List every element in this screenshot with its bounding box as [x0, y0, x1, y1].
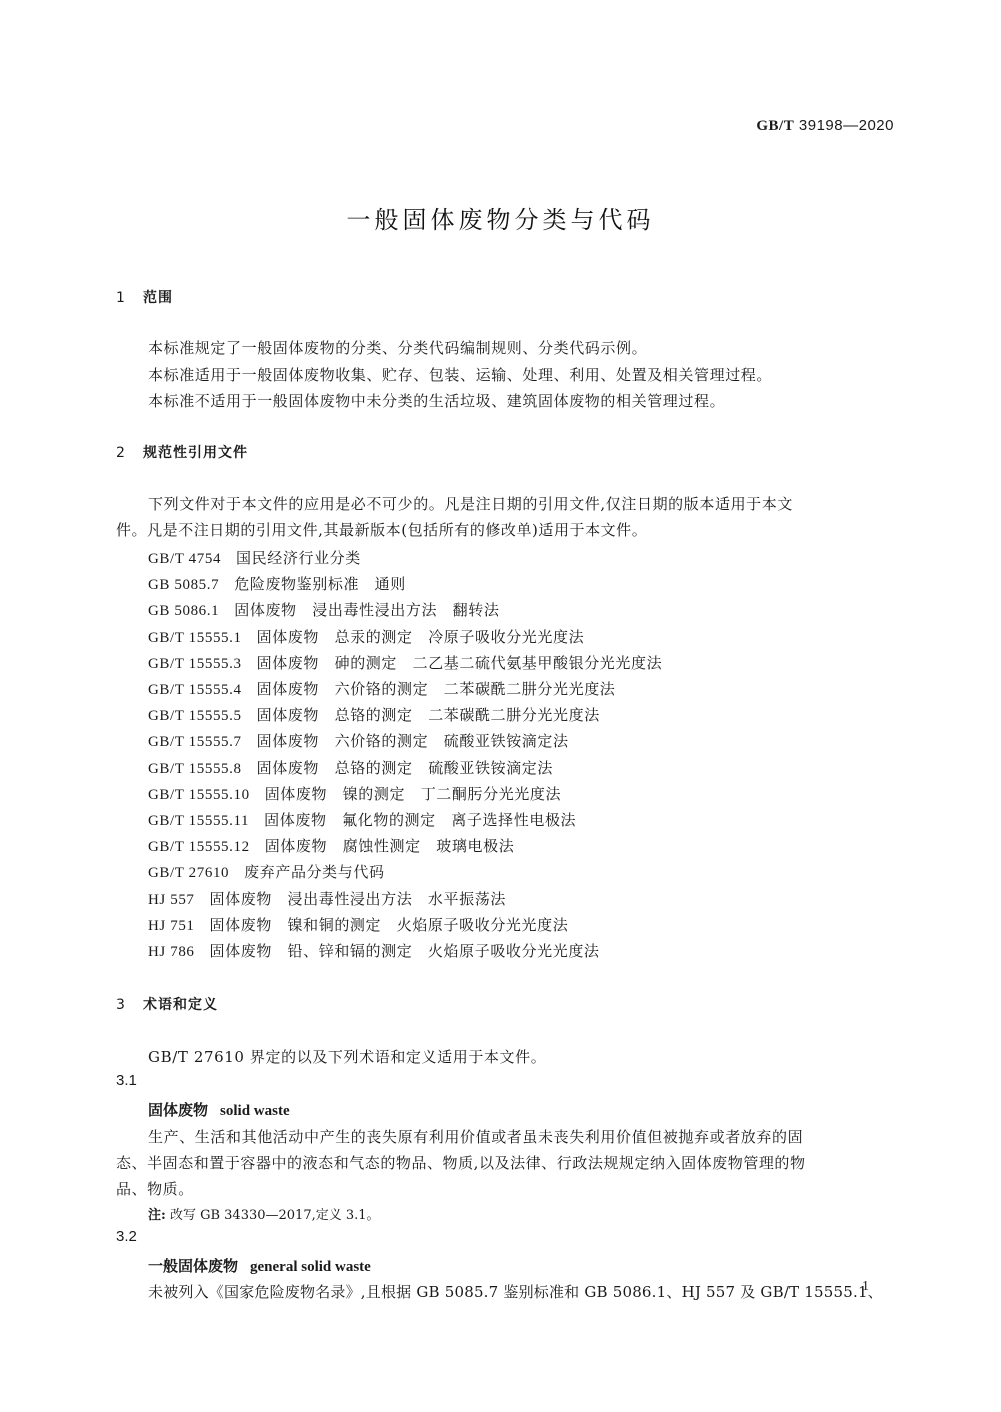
reference-item: GB/T 15555.5固体废物 总铬的测定 二苯碳酰二肼分光光度法 [148, 704, 600, 725]
term-number: 3.1 [116, 1072, 137, 1089]
reference-item: GB/T 27610废弃产品分类与代码 [148, 861, 385, 882]
term-definition-line: 态、半固态和置于容器中的液态和气态的物品、物质,以及法律、行政法规规定纳入固体废… [116, 1152, 896, 1173]
reference-title: 固体废物 总汞的测定 冷原子吸收分光光度法 [257, 628, 585, 646]
section-number: 2 [116, 445, 143, 461]
reference-title: 危险废物鉴别标准 通则 [234, 575, 406, 593]
reference-title: 固体废物 六价铬的测定 硫酸亚铁铵滴定法 [257, 732, 569, 750]
term-definition-line: 生产、生活和其他活动中产生的丧失原有利用价值或者虽未丧失利用价值但被抛弃或者放弃… [148, 1126, 803, 1147]
reference-code: GB/T 4754 [148, 551, 221, 568]
standard-prefix: GB/T [756, 118, 794, 134]
reference-code: GB/T 15555.8 [148, 761, 242, 778]
reference-code: GB 5086.1 [148, 603, 219, 620]
reference-item: GB 5086.1固体废物 浸出毒性浸出方法 翻转法 [148, 599, 499, 620]
reference-item: GB/T 15555.10固体废物 镍的测定 丁二酮肟分光光度法 [148, 783, 561, 804]
reference-code: GB/T 15555.1 [148, 630, 242, 647]
note-label: 注: [148, 1208, 166, 1223]
references-intro-line: 件。凡是不注日期的引用文件,其最新版本(包括所有的修改单)适用于本文件。 [116, 519, 896, 540]
reference-code: GB/T 15555.3 [148, 656, 242, 673]
scope-paragraph: 本标准不适用于一般固体废物中未分类的生活垃圾、建筑固体废物的相关管理过程。 [148, 390, 725, 411]
reference-code: HJ 557 [148, 892, 195, 909]
standard-code: GB/T 39198—2020 [756, 117, 894, 135]
reference-code: GB/T 15555.4 [148, 682, 242, 699]
term-title: 固体废物solid waste [148, 1099, 290, 1120]
reference-item: GB/T 15555.11固体废物 氟化物的测定 离子选择性电极法 [148, 809, 576, 830]
page-number: 1 [862, 1279, 869, 1295]
section-1-heading: 1范围 [116, 287, 173, 307]
section-title: 范围 [143, 290, 173, 306]
term-number: 3.2 [116, 1228, 137, 1245]
reference-item: GB/T 15555.7固体废物 六价铬的测定 硫酸亚铁铵滴定法 [148, 730, 569, 751]
reference-item: GB 5085.7危险废物鉴别标准 通则 [148, 573, 406, 594]
reference-title: 固体废物 浸出毒性浸出方法 翻转法 [234, 601, 499, 619]
section-title: 术语和定义 [143, 997, 218, 1013]
references-intro-line: 下列文件对于本文件的应用是必不可少的。凡是注日期的引用文件,仅注日期的版本适用于… [148, 493, 793, 514]
term-en: general solid waste [250, 1259, 371, 1275]
reference-code: GB/T 15555.7 [148, 734, 242, 751]
reference-item: HJ 751固体废物 镍和铜的测定 火焰原子吸收分光光度法 [148, 914, 568, 935]
term-definition-line: 未被列入《国家危险废物名录》,且根据 GB 5085.7 鉴别标准和 GB 50… [148, 1281, 883, 1302]
reference-code: GB/T 15555.10 [148, 787, 250, 804]
term-zh: 一般固体废物 [148, 1257, 238, 1275]
reference-title: 国民经济行业分类 [236, 549, 361, 567]
reference-title: 固体废物 总铬的测定 硫酸亚铁铵滴定法 [257, 759, 553, 777]
reference-code: GB/T 15555.11 [148, 813, 249, 830]
reference-title: 废弃产品分类与代码 [244, 863, 384, 881]
section-number: 3 [116, 997, 143, 1013]
term-zh: 固体废物 [148, 1101, 208, 1119]
reference-title: 固体废物 镍的测定 丁二酮肟分光光度法 [265, 785, 561, 803]
reference-code: GB/T 15555.5 [148, 708, 242, 725]
reference-code: GB 5085.7 [148, 577, 219, 594]
term-definition-line: 品、物质。 [116, 1178, 896, 1199]
reference-item: HJ 786固体废物 铅、锌和镉的测定 火焰原子吸收分光光度法 [148, 940, 600, 961]
standard-number: 39198—2020 [799, 117, 894, 134]
terms-intro: GB/T 27610 界定的以及下列术语和定义适用于本文件。 [148, 1046, 546, 1067]
reference-code: HJ 786 [148, 944, 195, 961]
reference-title: 固体废物 浸出毒性浸出方法 水平振荡法 [210, 890, 506, 908]
note-text: 改写 GB 34330—2017,定义 3.1。 [170, 1208, 380, 1223]
reference-title: 固体废物 六价铬的测定 二苯碳酰二肼分光光度法 [257, 680, 616, 698]
reference-title: 固体废物 腐蚀性测定 玻璃电极法 [265, 837, 515, 855]
scope-paragraph: 本标准规定了一般固体废物的分类、分类代码编制规则、分类代码示例。 [148, 337, 647, 358]
term-en: solid waste [220, 1103, 290, 1119]
reference-code: GB/T 15555.12 [148, 839, 250, 856]
scope-paragraph: 本标准适用于一般固体废物收集、贮存、包装、运输、处理、利用、处置及相关管理过程。 [148, 364, 772, 385]
section-2-heading: 2规范性引用文件 [116, 442, 248, 462]
reference-code: GB/T 27610 [148, 865, 229, 882]
reference-title: 固体废物 铅、锌和镉的测定 火焰原子吸收分光光度法 [210, 942, 600, 960]
reference-code: HJ 751 [148, 918, 195, 935]
reference-item: GB/T 15555.3固体废物 砷的测定 二乙基二硫代氨基甲酸银分光光度法 [148, 652, 662, 673]
term-note: 注: 改写 GB 34330—2017,定义 3.1。 [148, 1204, 380, 1223]
reference-item: HJ 557固体废物 浸出毒性浸出方法 水平振荡法 [148, 888, 506, 909]
document-title: 一般固体废物分类与代码 [0, 200, 1001, 235]
reference-title: 固体废物 总铬的测定 二苯碳酰二肼分光光度法 [257, 706, 600, 724]
reference-item: GB/T 15555.12固体废物 腐蚀性测定 玻璃电极法 [148, 835, 514, 856]
reference-item: GB/T 15555.8固体废物 总铬的测定 硫酸亚铁铵滴定法 [148, 757, 553, 778]
reference-title: 固体废物 砷的测定 二乙基二硫代氨基甲酸银分光光度法 [257, 654, 663, 672]
section-title: 规范性引用文件 [143, 445, 248, 461]
reference-title: 固体废物 镍和铜的测定 火焰原子吸收分光光度法 [210, 916, 569, 934]
term-title: 一般固体废物general solid waste [148, 1255, 371, 1276]
section-3-heading: 3术语和定义 [116, 994, 218, 1014]
section-number: 1 [116, 290, 143, 306]
reference-item: GB/T 15555.4固体废物 六价铬的测定 二苯碳酰二肼分光光度法 [148, 678, 615, 699]
reference-item: GB/T 4754国民经济行业分类 [148, 547, 361, 568]
reference-item: GB/T 15555.1固体废物 总汞的测定 冷原子吸收分光光度法 [148, 626, 584, 647]
reference-title: 固体废物 氟化物的测定 离子选择性电极法 [264, 811, 576, 829]
